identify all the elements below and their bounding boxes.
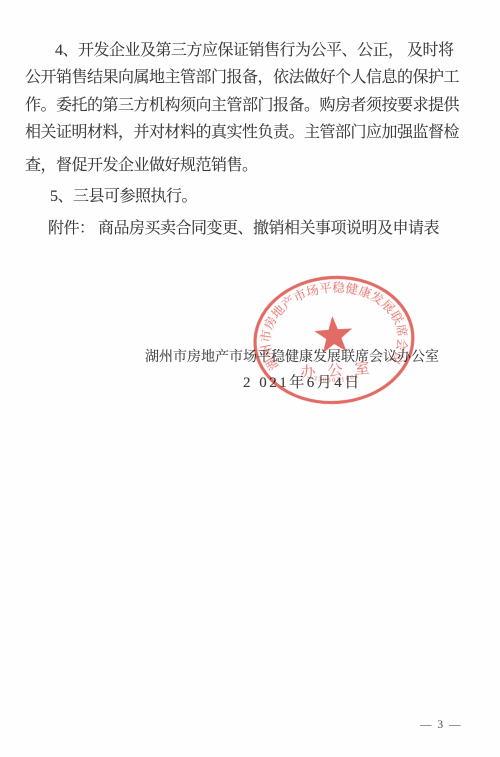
body-line: 4、开发企业及第三方应保证销售行为公平、公正， 及时将 bbox=[55, 37, 454, 60]
official-seal: 湖州市房地产市场平稳健康发展联席会议 办公室 3305021002 bbox=[247, 268, 422, 413]
attachment-line: 附件： 商品房买卖合同变更、撤销相关事项说明及申请表 bbox=[48, 215, 439, 238]
body-line: 查，督促开发企业做好规范销售。 bbox=[25, 152, 258, 175]
star-icon bbox=[313, 315, 353, 354]
document-page: 4、开发企业及第三方应保证销售行为公平、公正， 及时将 公开销售结果向属地主管部… bbox=[0, 0, 500, 757]
body-line: 5、三县可参照执行。 bbox=[50, 183, 197, 206]
body-line: 公开销售结果向属地主管部门报备，依法做好个人信息的保护工 bbox=[25, 64, 459, 87]
page-number: — 3 — bbox=[420, 719, 462, 731]
body-line: 作。委托的第三方机构须向主管部门报备。购房者须按要求提供 bbox=[25, 92, 459, 115]
body-line: 相关证明材料，并对材料的真实性负责。主管部门应加强监督检 bbox=[25, 119, 459, 142]
